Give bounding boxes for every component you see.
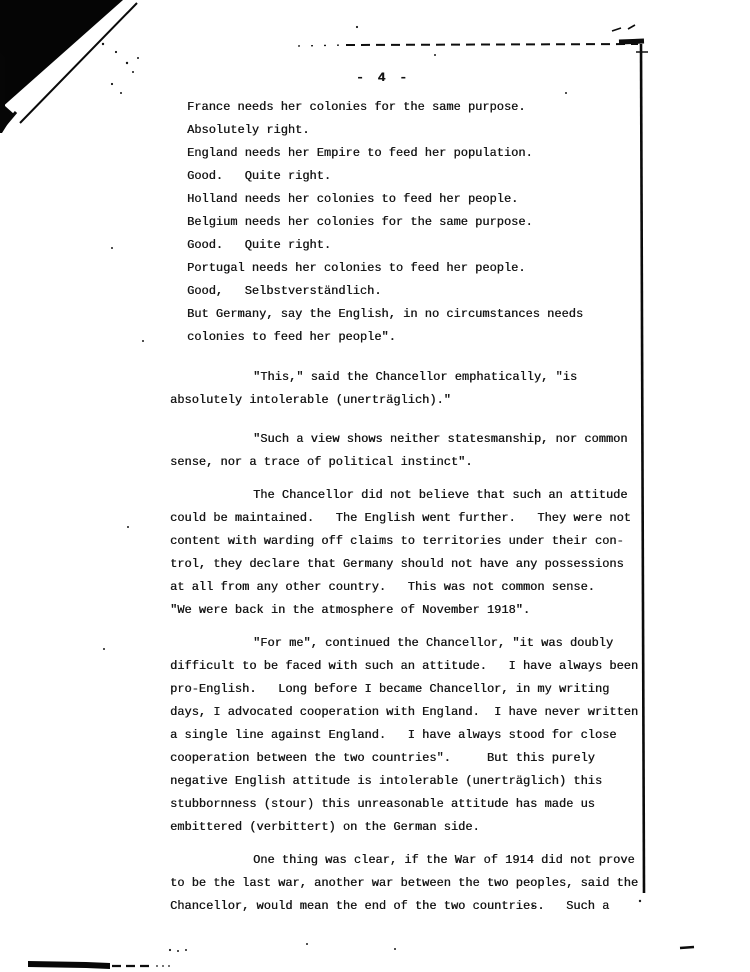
document-page: - 4 - France needs her colonies for the … — [0, 0, 750, 972]
text-line: content with warding off claims to terri… — [170, 530, 670, 553]
top-dashed-line-sparse — [298, 45, 346, 46]
dialogue-line: Good. Quite right. — [187, 165, 670, 188]
text-line: Chancellor, would mean the end of the tw… — [170, 895, 670, 918]
text-line: cooperation between the two countries". … — [170, 747, 670, 770]
corner-shadow-triangle — [0, 0, 123, 109]
text-line: sense, nor a trace of political instinct… — [170, 451, 670, 474]
dialogue-line: Holland needs her colonies to feed her p… — [187, 188, 670, 211]
paragraph: "This," said the Chancellor emphatically… — [170, 366, 670, 412]
text-line: difficult to be faced with such an attit… — [170, 655, 670, 678]
corner-diagonal-crease — [20, 3, 137, 123]
dialogue-line: But Germany, say the English, in no circ… — [187, 303, 670, 326]
page-number: - 4 - — [356, 70, 410, 85]
document-body: France needs her colonies for the same p… — [170, 96, 670, 918]
text-line: could be maintained. The English went fu… — [170, 507, 670, 530]
text-line: "For me", continued the Chancellor, "it … — [170, 632, 670, 655]
corner-diagonal-streak — [0, 112, 16, 131]
text-line: to be the last war, another war between … — [170, 872, 670, 895]
text-line: One thing was clear, if the War of 1914 … — [170, 849, 670, 872]
top-dashed-line — [346, 44, 638, 45]
text-line: pro-English. Long before I became Chance… — [170, 678, 670, 701]
text-line: absolutely intolerable (unerträglich)." — [170, 389, 670, 412]
text-line: "Such a view shows neither statesmanship… — [170, 428, 670, 451]
dialogue-line: Portugal needs her colonies to feed her … — [187, 257, 670, 280]
text-line: trol, they declare that Germany should n… — [170, 553, 670, 576]
dialogue-line: Good. Quite right. — [187, 234, 670, 257]
text-line: The Chancellor did not believe that such… — [170, 484, 670, 507]
dialogue-line: colonies to feed her people". — [187, 326, 670, 349]
speckle-cluster — [102, 43, 139, 94]
paragraph: "Such a view shows neither statesmanship… — [170, 428, 670, 474]
text-line: "This," said the Chancellor emphatically… — [170, 366, 670, 389]
paragraphs-block: "This," said the Chancellor emphatically… — [170, 366, 670, 918]
dialogue-block: France needs her colonies for the same p… — [170, 96, 670, 349]
text-line: "We were back in the atmosphere of Novem… — [170, 599, 670, 622]
dialogue-line: France needs her colonies for the same p… — [187, 96, 670, 119]
dialogue-line: Absolutely right. — [187, 119, 670, 142]
text-line: negative English attitude is intolerable… — [170, 770, 670, 793]
bottom-right-dash — [680, 947, 694, 948]
left-edge-sliver — [0, 52, 14, 133]
paragraph: The Chancellor did not believe that such… — [170, 484, 670, 622]
bottom-smudge — [28, 961, 110, 969]
top-right-scribble — [612, 25, 644, 42]
text-line: at all from any other country. This was … — [170, 576, 670, 599]
dialogue-line: Belgium needs her colonies for the same … — [187, 211, 670, 234]
dialogue-line: England needs her Empire to feed her pop… — [187, 142, 670, 165]
text-line: days, I advocated cooperation with Engla… — [170, 701, 670, 724]
text-line: embittered (verbittert) on the German si… — [170, 816, 670, 839]
paragraph: One thing was clear, if the War of 1914 … — [170, 849, 670, 918]
dialogue-line: Good, Selbstverständlich. — [187, 280, 670, 303]
text-line: a single line against England. I have al… — [170, 724, 670, 747]
text-line: stubbornness (stour) this unreasonable a… — [170, 793, 670, 816]
paragraph: "For me", continued the Chancellor, "it … — [170, 632, 670, 839]
